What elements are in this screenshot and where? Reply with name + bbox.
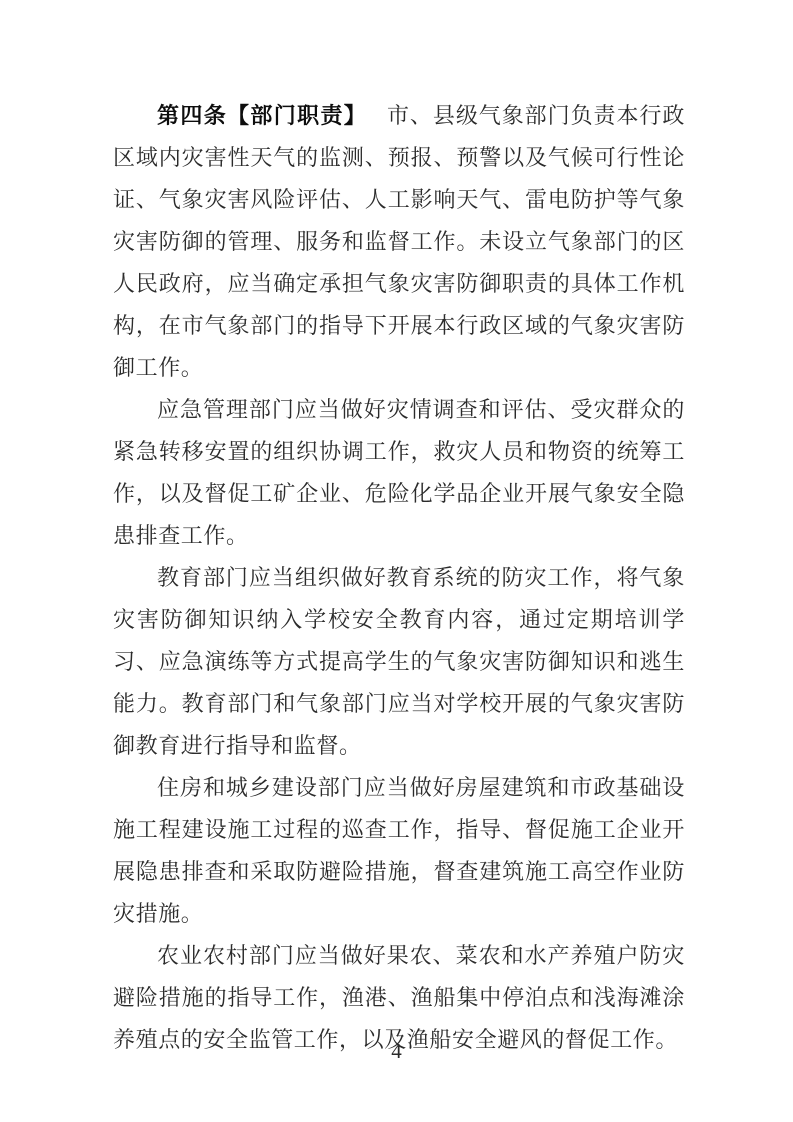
- paragraph-article-4: 第四条【部门职责】市、县级气象部门负责本行政区域内灾害性天气的监测、预报、预警以…: [113, 95, 685, 389]
- document-page: 第四条【部门职责】市、县级气象部门负责本行政区域内灾害性天气的监测、预报、预警以…: [0, 0, 793, 1122]
- paragraph-housing-construction: 住房和城乡建设部门应当做好房屋建筑和市政基础设施工程建设施工过程的巡查工作，指导…: [113, 767, 685, 935]
- page-number: 4: [0, 1037, 793, 1065]
- paragraph-education: 教育部门应当组织做好教育系统的防灾工作，将气象灾害防御知识纳入学校安全教育内容，…: [113, 557, 685, 767]
- article-heading: 第四条【部门职责】: [157, 103, 367, 128]
- paragraph-text: 市、县级气象部门负责本行政区域内灾害性天气的监测、预报、预警以及气候可行性论证、…: [113, 103, 685, 380]
- document-body: 第四条【部门职责】市、县级气象部门负责本行政区域内灾害性天气的监测、预报、预警以…: [113, 95, 685, 1061]
- paragraph-emergency-management: 应急管理部门应当做好灾情调查和评估、受灾群众的紧急转移安置的组织协调工作，救灾人…: [113, 389, 685, 557]
